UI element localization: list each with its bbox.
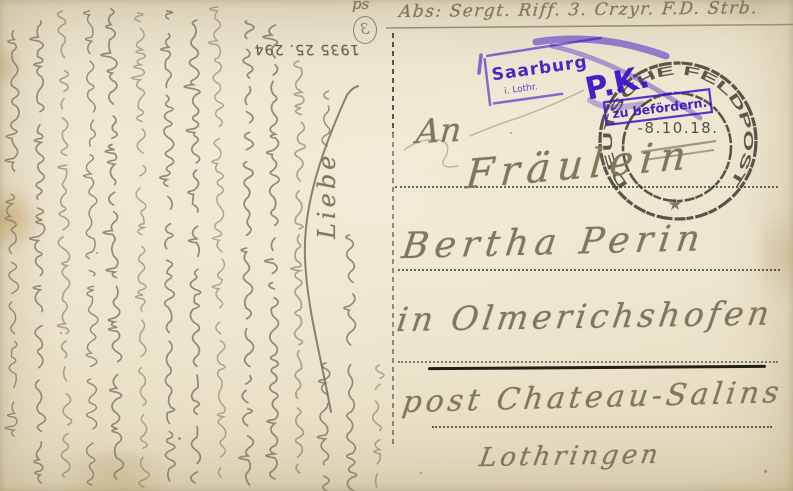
censor-stamp: Saarburg i. Lothr. P.K. zu befördern. — [0, 0, 793, 491]
censor-place-sub: i. Lothr. — [504, 82, 539, 97]
postcard-back: Liebe Abs: Sergt. Riff. 3. Crzyr. F.D. S… — [0, 0, 793, 491]
censor-place: Saarburg — [491, 52, 589, 85]
